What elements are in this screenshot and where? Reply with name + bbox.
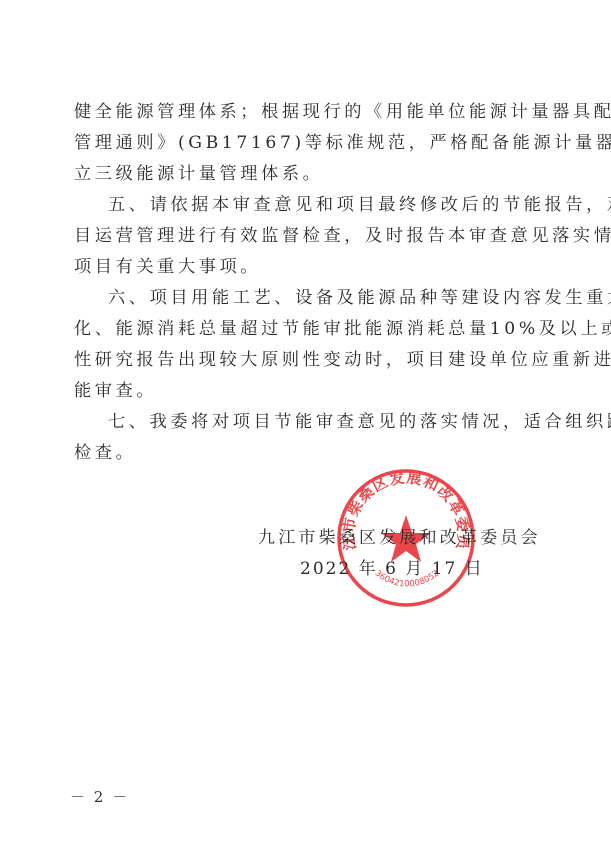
text-line: 健全能源管理体系；根据现行的《用能单位能源计量器具配备和 (74, 102, 544, 122)
text-line: 检查。 (74, 443, 544, 463)
paragraph-five-start: 五、请依据本审查意见和项目最终修改后的节能报告，对项 (108, 195, 578, 215)
issue-date: 2022 年 6 月 17 日 (300, 554, 484, 579)
paragraph-six-start: 六、项目用能工艺、设备及能源品种等建设内容发生重大变 (108, 288, 578, 308)
text-line: 管理通则》(GB17167)等标准规范，严格配备能源计量器具，应建 (74, 133, 544, 153)
text-line: 性研究报告出现较大原则性变动时，项目建设单位应重新进行节 (74, 350, 544, 370)
text-line: 能审查。 (74, 381, 544, 401)
text-line: 化、能源消耗总量超过节能审批能源消耗总量10%及以上或可行 (74, 319, 544, 339)
text-line: 立三级能源计量管理体系。 (74, 164, 544, 184)
text-line: 目运营管理进行有效监督检查，及时报告本审查意见落实情况和 (74, 226, 544, 246)
issuing-organization: 九江市柴桑区发展和改革委员会 (258, 523, 541, 548)
document-page: 健全能源管理体系；根据现行的《用能单位能源计量器具配备和 管理通则》(GB171… (0, 0, 611, 843)
text-line: 项目有关重大事项。 (74, 257, 544, 277)
paragraph-seven-start: 七、我委将对项目节能审查意见的落实情况，适合组织跟踪 (108, 412, 578, 432)
page-number: － 2 － (70, 786, 129, 807)
